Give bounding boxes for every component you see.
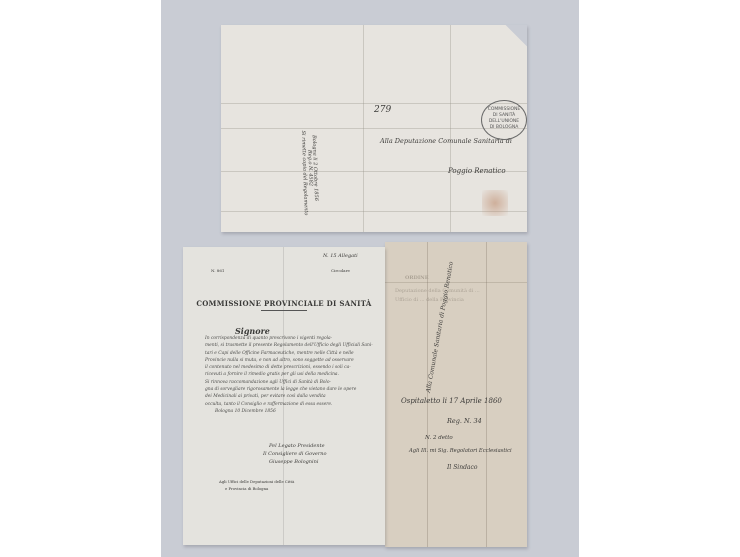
body-date: Bologna 10 Dicembre 1856 <box>205 408 375 415</box>
stamp-line: DI BOLOGNA <box>482 125 526 131</box>
recipient-line: Agli Uffici delle Deputazioni delle Citt… <box>219 479 294 484</box>
fold-line <box>450 25 451 232</box>
body-line: In corrispondenza di quanto prescrivono … <box>205 335 375 342</box>
receipt-document: ORDINE Deputazione della Comunità di ...… <box>385 242 527 547</box>
receipt-signature: Il Sindaco <box>447 464 477 471</box>
title-rule <box>261 310 307 311</box>
torn-corner <box>487 25 527 55</box>
signature-line: Il Consigliere di Governo <box>263 451 326 457</box>
place-date: Ospitaletto li 17 Aprile 1860 <box>401 397 502 405</box>
body-line: Provincie nulla si muta, e non ad altro,… <box>205 357 375 364</box>
vertical-note: Alla Comunale Sanitaria di Poggio Renati… <box>425 261 455 393</box>
notice-title: COMMISSIONE PROVINCIALE DI SANITÀ <box>183 299 385 308</box>
notice-body: In corrispondenza di quanto prescrivono … <box>205 335 375 415</box>
body-line: ricevuti a fornire il rimedio gratis per… <box>205 371 375 378</box>
body-line: tari e Capi delle Officine Farmaceutiche… <box>205 350 375 357</box>
body-line: occulta, tanto il Consiglio e raffermazi… <box>205 401 375 408</box>
destination: Poggio Renatico <box>448 167 506 175</box>
printed-line: Deputazione della Comunità di ... <box>395 288 480 294</box>
notice-category: Circolare <box>331 268 350 273</box>
printed-heading: ORDINE <box>405 275 429 281</box>
printed-notice: N. 861 Circolare N. 15 Allegati COMMISSI… <box>183 247 385 545</box>
reg-number: Reg. N. 34 <box>447 417 482 425</box>
body-line: gna di sorvegliare rigorosamente la legg… <box>205 386 375 393</box>
address-line: Alla Deputazione Comunale Sanitaria di <box>380 137 512 145</box>
receipt-line: Agli Ill. mi Sig. Regolatori Ecclesiasti… <box>409 448 512 454</box>
signature-line: Giuseppe Bolognini <box>269 459 318 465</box>
wax-stain <box>482 190 508 216</box>
fold-line <box>363 25 364 232</box>
fold-line <box>486 242 487 547</box>
notice-number: N. 861 <box>211 268 224 273</box>
docket-number: 279 <box>374 105 391 115</box>
body-line: Si rinnova raccomandazione agli Uffici d… <box>205 379 375 386</box>
signature-line: Pel Legato Presidente <box>269 443 325 449</box>
body-line: menti, si trasmette il presente Regolame… <box>205 342 375 349</box>
printed-line: Ufficio di ... della Provincia <box>395 297 464 303</box>
recipient-line: e Provincia di Bologna <box>225 486 268 491</box>
postal-stamp: COMMISSIONE DI SANITÀ DELL'UNIONE DI BOL… <box>481 100 527 140</box>
body-line: dei Medicinali ai privati, per evitare c… <box>205 393 375 400</box>
receipt-line: N. 2 detto <box>425 435 453 441</box>
handwritten-ref: N. 15 Allegati <box>323 253 358 259</box>
body-line: il contenuto nel medesimo di dette presc… <box>205 364 375 371</box>
fold-line <box>385 282 527 283</box>
fold-line <box>221 103 527 104</box>
